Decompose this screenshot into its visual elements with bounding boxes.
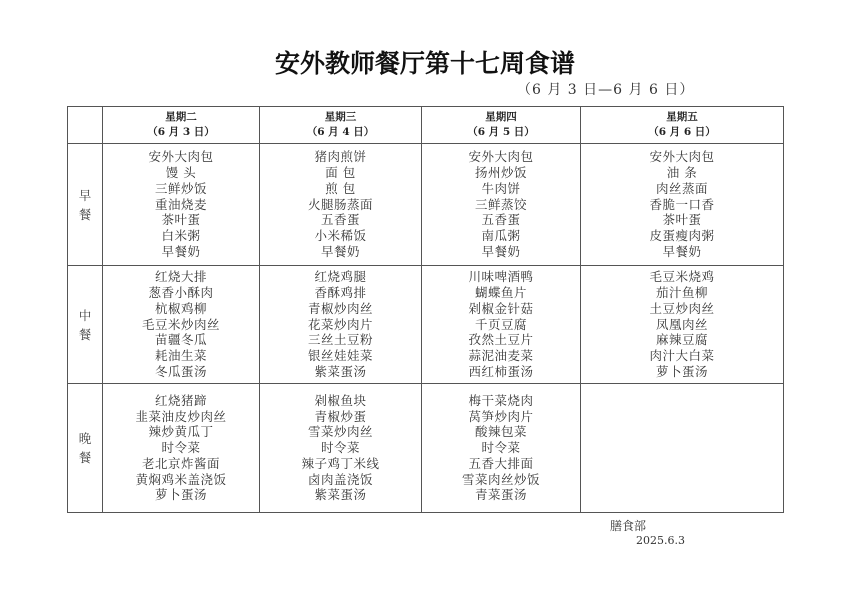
dish-item: 雪菜炒肉丝 [260,424,421,440]
dinner-row: 晚 餐 红烧猪蹄韭菜油皮炒肉丝辣炒黄瓜丁时令菜老北京炸酱面黄焖鸡米盖浇饭萝卜蛋汤… [68,384,784,513]
meal-label-char: 餐 [68,325,102,344]
dish-item: 安外大肉包 [422,149,580,165]
dish-item: 麻辣豆腐 [581,332,783,348]
dish-cell [581,384,784,513]
dish-item: 辣炒黄瓜丁 [103,424,259,440]
dish-item: 紫菜蛋汤 [260,364,421,380]
dish-item: 五香蛋 [260,212,421,228]
dish-item: 蝴蝶鱼片 [422,285,580,301]
dish-item: 安外大肉包 [581,149,783,165]
dish-item: 剁椒金针菇 [422,301,580,317]
dish-item: 茶叶蛋 [103,212,259,228]
dish-item: 皮蛋瘦肉粥 [581,228,783,244]
dish-item: 老北京炸酱面 [103,456,259,472]
dish-item: 花菜炒肉片 [260,317,421,333]
dish-item: 冬瓜蛋汤 [103,364,259,380]
dish-item: 青椒炒肉丝 [260,301,421,317]
dish-item: 时令菜 [260,440,421,456]
dish-item: 青菜蛋汤 [422,487,580,503]
dish-item: 千页豆腐 [422,317,580,333]
dish-cell: 红烧鸡腿香酥鸡排青椒炒肉丝花菜炒肉片三丝土豆粉银丝娃娃菜紫菜蛋汤 [260,266,422,384]
dish-item: 猪肉煎饼 [260,149,421,165]
dish-item: 孜然土豆片 [422,332,580,348]
dish-cell: 安外大肉包扬州炒饭牛肉饼三鲜蒸饺五香蛋南瓜粥早餐奶 [422,144,581,266]
dish-item: 莴笋炒肉片 [422,409,580,425]
dish-item: 银丝娃娃菜 [260,348,421,364]
meal-label-breakfast: 早 餐 [68,144,103,266]
dish-item: 五香大排面 [422,456,580,472]
dish-item: 馒 头 [103,165,259,181]
dish-item: 红烧大排 [103,269,259,285]
dish-item: 三鲜蒸饺 [422,197,580,213]
dish-cell: 红烧猪蹄韭菜油皮炒肉丝辣炒黄瓜丁时令菜老北京炸酱面黄焖鸡米盖浇饭萝卜蛋汤 [103,384,260,513]
dish-cell: 猪肉煎饼面 包煎 包火腿肠蒸面五香蛋小米稀饭早餐奶 [260,144,422,266]
dish-item: 三丝土豆粉 [260,332,421,348]
dish-item: 肉汁大白菜 [581,348,783,364]
dish-item: 重油烧麦 [103,197,259,213]
dish-item: 韭菜油皮炒肉丝 [103,409,259,425]
dish-item: 时令菜 [422,440,580,456]
meal-label-char: 中 [68,306,102,325]
dish-item: 梅干菜烧肉 [422,393,580,409]
dish-item: 黄焖鸡米盖浇饭 [103,472,259,488]
date-label: （6 月 4 日） [260,125,421,140]
weekday-label: 星期五 [581,110,783,125]
dish-item: 时令菜 [103,440,259,456]
dish-item: 安外大肉包 [103,149,259,165]
dish-item: 白米粥 [103,228,259,244]
dish-cell: 川味啤酒鸭蝴蝶鱼片剁椒金针菇千页豆腐孜然土豆片蒜泥油麦菜西红柿蛋汤 [422,266,581,384]
dish-item: 三鲜炒饭 [103,181,259,197]
dish-item: 青椒炒蛋 [260,409,421,425]
dish-item: 牛肉饼 [422,181,580,197]
meal-label-dinner: 晚 餐 [68,384,103,513]
day-header-thu: 星期四 （6 月 5 日） [422,107,581,144]
dish-item: 早餐奶 [103,244,259,260]
dish-cell: 剁椒鱼块青椒炒蛋雪菜炒肉丝时令菜辣子鸡丁米线卤肉盖浇饭紫菜蛋汤 [260,384,422,513]
day-header-tue: 星期二 （6 月 3 日） [103,107,260,144]
dish-item: 茄汁鱼柳 [581,285,783,301]
dish-item: 酸辣包菜 [422,424,580,440]
dish-item: 苗疆冬瓜 [103,332,259,348]
breakfast-row: 早 餐 安外大肉包馒 头三鲜炒饭重油烧麦茶叶蛋白米粥早餐奶 猪肉煎饼面 包煎 包… [68,144,784,266]
dish-item: 早餐奶 [581,244,783,260]
weekday-label: 星期二 [103,110,259,125]
date-label: （6 月 3 日） [103,125,259,140]
dish-item: 剁椒鱼块 [260,393,421,409]
dish-item: 萝卜蛋汤 [103,487,259,503]
dish-item: 紫菜蛋汤 [260,487,421,503]
date-range: （6 月 3 日—6 月 6 日） [517,79,694,99]
dish-item: 毛豆米炒肉丝 [103,317,259,333]
weekday-label: 星期四 [422,110,580,125]
corner-cell [68,107,103,144]
dish-item: 香酥鸡排 [260,285,421,301]
menu-table: 星期二 （6 月 3 日） 星期三 （6 月 4 日） 星期四 （6 月 5 日… [67,106,784,513]
meal-label-char: 餐 [68,205,102,224]
dish-item: 小米稀饭 [260,228,421,244]
dish-item: 土豆炒肉丝 [581,301,783,317]
dish-item: 杭椒鸡柳 [103,301,259,317]
dish-item: 葱香小酥肉 [103,285,259,301]
dish-cell: 梅干菜烧肉莴笋炒肉片酸辣包菜时令菜五香大排面雪菜肉丝炒饭青菜蛋汤 [422,384,581,513]
dish-item: 煎 包 [260,181,421,197]
weekday-label: 星期三 [260,110,421,125]
dish-item: 辣子鸡丁米线 [260,456,421,472]
dish-cell: 毛豆米烧鸡茄汁鱼柳土豆炒肉丝凤凰肉丝麻辣豆腐肉汁大白菜萝卜蛋汤 [581,266,784,384]
dish-item: 凤凰肉丝 [581,317,783,333]
day-header-wed: 星期三 （6 月 4 日） [260,107,422,144]
dish-item: 西红柿蛋汤 [422,364,580,380]
dish-item: 卤肉盖浇饭 [260,472,421,488]
dish-item: 红烧鸡腿 [260,269,421,285]
dish-item: 早餐奶 [422,244,580,260]
date-label: （6 月 6 日） [581,125,783,140]
department-signature: 膳食部 [610,517,646,534]
header-row: 星期二 （6 月 3 日） 星期三 （6 月 4 日） 星期四 （6 月 5 日… [68,107,784,144]
dish-item: 红烧猪蹄 [103,393,259,409]
dish-item: 耗油生菜 [103,348,259,364]
page-title: 安外教师餐厅第十七周食谱 [0,44,850,80]
dish-item: 面 包 [260,165,421,181]
dish-item: 香脆一口香 [581,197,783,213]
dish-cell: 安外大肉包馒 头三鲜炒饭重油烧麦茶叶蛋白米粥早餐奶 [103,144,260,266]
dish-item: 毛豆米烧鸡 [581,269,783,285]
dish-item: 早餐奶 [260,244,421,260]
meal-label-char: 早 [68,186,102,205]
dish-item: 火腿肠蒸面 [260,197,421,213]
dish-item: 扬州炒饭 [422,165,580,181]
dish-item: 肉丝蒸面 [581,181,783,197]
dish-item: 川味啤酒鸭 [422,269,580,285]
date-label: （6 月 5 日） [422,125,580,140]
meal-label-char: 餐 [68,448,102,467]
dish-cell: 红烧大排葱香小酥肉杭椒鸡柳毛豆米炒肉丝苗疆冬瓜耗油生菜冬瓜蛋汤 [103,266,260,384]
day-header-fri: 星期五 （6 月 6 日） [581,107,784,144]
dish-item: 五香蛋 [422,212,580,228]
issue-date: 2025.6.3 [636,534,685,547]
dish-item: 油 条 [581,165,783,181]
dish-cell: 安外大肉包油 条肉丝蒸面香脆一口香茶叶蛋皮蛋瘦肉粥早餐奶 [581,144,784,266]
dish-item: 茶叶蛋 [581,212,783,228]
meal-label-char: 晚 [68,429,102,448]
dish-item: 蒜泥油麦菜 [422,348,580,364]
dish-item: 萝卜蛋汤 [581,364,783,380]
meal-label-lunch: 中 餐 [68,266,103,384]
lunch-row: 中 餐 红烧大排葱香小酥肉杭椒鸡柳毛豆米炒肉丝苗疆冬瓜耗油生菜冬瓜蛋汤 红烧鸡腿… [68,266,784,384]
dish-item: 南瓜粥 [422,228,580,244]
dish-item: 雪菜肉丝炒饭 [422,472,580,488]
